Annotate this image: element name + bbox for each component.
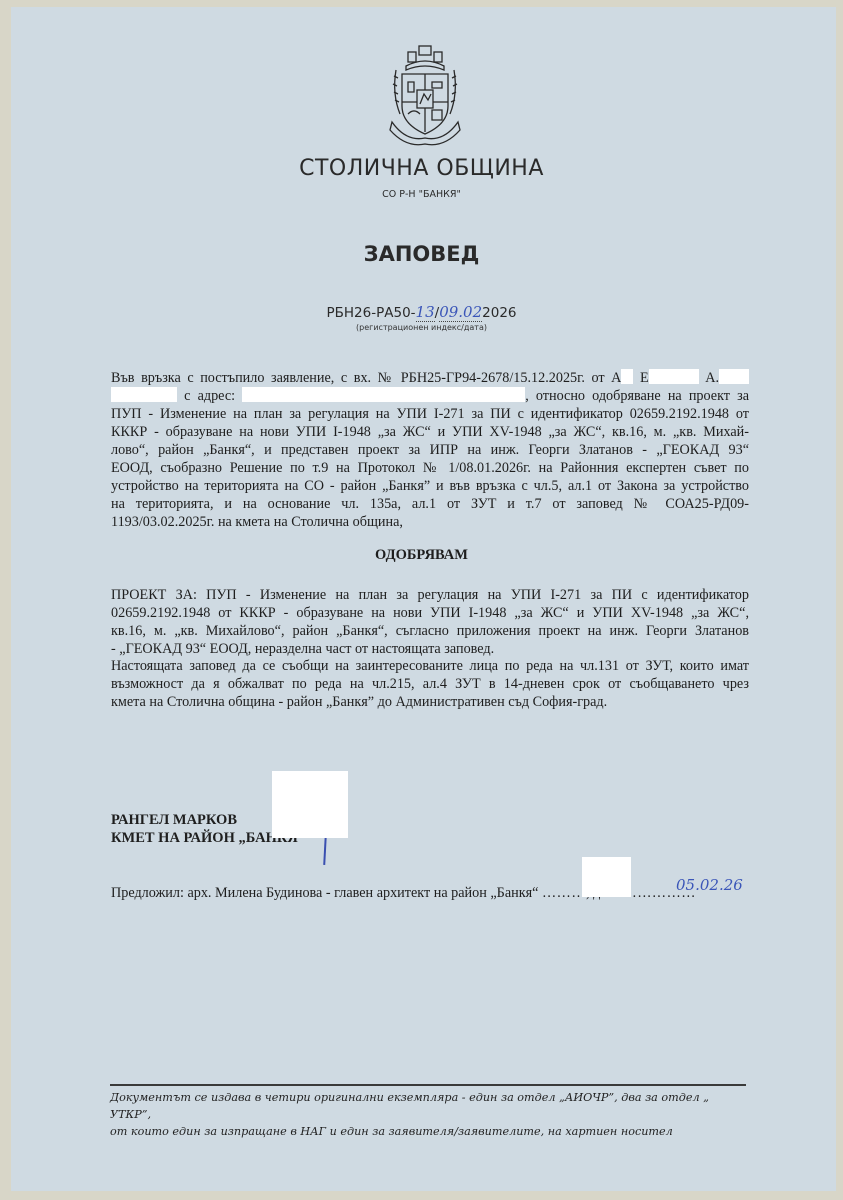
intro-line: с адрес: , относно одобряване на проект … [111,387,749,405]
approval-line: ПРОЕКТ ЗА: ПУП - Изменение на план за ре… [111,586,749,604]
intro-line: КККР - образуване на нови УПИ I-1948 „за… [111,423,749,441]
footer-note: Документът се издава в четири оригинални… [110,1089,750,1140]
redacted-proposer-signature [582,857,631,897]
registration-note: (регистрационен индекс/дата) [0,323,843,332]
document-title: ЗАПОВЕД [0,242,843,266]
approval-line: кв.16, м. „кв. Михайлово“, район „Банкя“… [111,622,749,640]
registration-line: РБН26-РА50-13/09.022026 [0,303,843,321]
registration-date-handwritten: 09.02 [439,303,482,322]
notice-line: Настоящата заповед да се съобщи на заинт… [111,657,749,675]
district-name: СО Р-Н "БАНКЯ" [0,189,843,200]
approval-paragraph: ПРОЕКТ ЗА: ПУП - Изменение на план за ре… [111,586,749,658]
redacted-block [649,369,699,384]
registration-year: 2026 [482,305,516,321]
proposer-date-handwritten: 05.02.26 [676,876,743,894]
redacted-block [719,369,749,384]
proposer-text: Предложил: арх. Милена Будинова - главен… [111,885,538,901]
approval-line: 02659.2192.1948 от КККР - образуване на … [111,604,749,622]
proposer-sign-dots: ……… [542,885,586,901]
redacted-block [242,387,525,402]
registration-number-handwritten: 13 [416,303,435,322]
approval-line: - „ГЕОКАД 93“ ЕООД, неразделна част от н… [111,640,749,658]
redacted-block [621,369,633,384]
notice-line: възможност да я обжалват по реда на чл.2… [111,675,749,693]
intro-line: ЕООД, съобразно Решение по т.9 на Проток… [111,459,749,477]
intro-paragraph: Във връзка с постъпило заявление, с вх. … [111,369,749,531]
redacted-signature [272,771,348,838]
redacted-block [111,387,177,402]
intro-line: Във връзка с постъпило заявление, с вх. … [111,369,749,387]
organization-name: СТОЛИЧНА ОБЩИНА [0,156,843,181]
notice-line: кмета на Столична община - район „Банкя”… [111,693,749,711]
sofia-coat-of-arms-icon [388,44,462,148]
intro-line: ПУП - Изменение на план за регулация на … [111,405,749,423]
intro-line: лово“, район „Банкя“, и представен проек… [111,441,749,459]
intro-line: устройство на територията на СО - район … [111,477,749,495]
footer-line: Документът се издава в четири оригинални… [110,1089,750,1123]
approval-heading: ОДОБРЯВАМ [0,547,843,564]
footer-line: от които един за изпращане в НАГ и един … [110,1123,750,1140]
footer-divider [110,1084,746,1086]
registration-prefix: РБН26-РА50- [327,305,416,321]
notice-paragraph: Настоящата заповед да се съобщи на заинт… [111,657,749,711]
intro-line: на територията, и на основание чл. 135а,… [111,495,749,513]
intro-line: 1193/03.02.2025г. на кмета на Столична о… [111,513,749,531]
